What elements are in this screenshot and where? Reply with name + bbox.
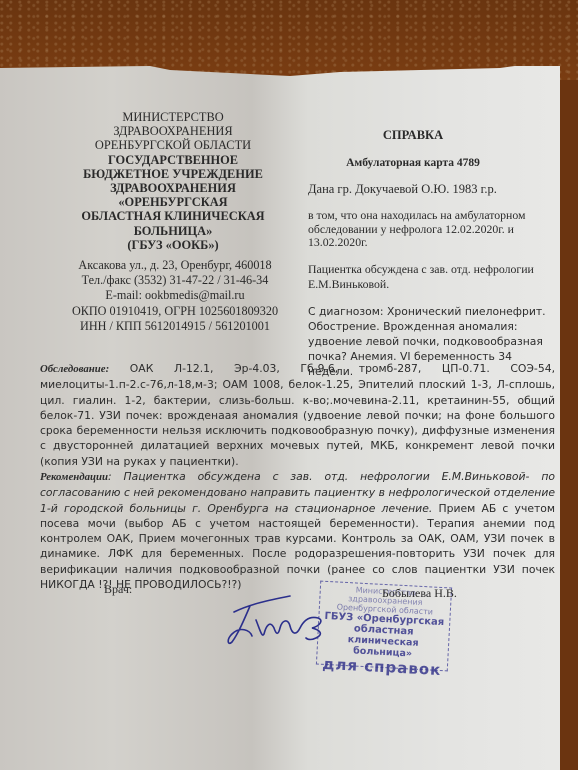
org-line: ЗДРАВООХРАНЕНИЯ <box>62 124 284 138</box>
org-line: ОРЕНБУРГСКОЙ ОБЛАСТИ <box>62 138 284 152</box>
org-line: (ГБУЗ «ООКБ») <box>62 238 284 252</box>
stay-statement: в том, что она находилась на амбулаторно… <box>308 209 548 250</box>
doctor-name: Бобылева Н.В. <box>382 586 457 601</box>
org-line: БЮДЖЕТНОЕ УЧРЕЖДЕНИЕ <box>62 167 284 181</box>
examination-text: ОАК Л-12.1, Эр-4.03, Гб-9.6, тромб-287, … <box>40 362 555 468</box>
email: E-mail: ookbmedis@mail.ru <box>60 288 290 303</box>
organization-contacts: Аксакова ул., д. 23, Оренбург, 460018 Те… <box>60 258 290 334</box>
outpatient-card-number: Амбулаторная карта 4789 <box>278 157 548 169</box>
address: Аксакова ул., д. 23, Оренбург, 460018 <box>60 258 290 273</box>
inn-kpp: ИНН / КПП 5612014915 / 561201001 <box>60 319 290 334</box>
organization-header: МИНИСТЕРСТВО ЗДРАВООХРАНЕНИЯ ОРЕНБУРГСКО… <box>62 110 284 252</box>
certificate-title: СПРАВКА <box>278 128 548 143</box>
phone-fax: Тел./факс (3532) 31-47-22 / 31-46-34 <box>60 273 290 288</box>
org-line: МИНИСТЕРСТВО <box>62 110 284 124</box>
recommendations-text: Прием АБ с учетом посева мочи (выбор АБ … <box>40 502 555 591</box>
org-line: ГОСУДАРСТВЕННОЕ <box>62 153 284 167</box>
certificate-block: СПРАВКА Амбулаторная карта 4789 Дана гр.… <box>308 128 548 379</box>
examination-section: Обследование: ОАК Л-12.1, Эр-4.03, Гб-9.… <box>40 361 555 469</box>
discussion-statement: Пациентка обсуждена с зав. отд. нефролог… <box>308 262 548 292</box>
recommendations-label: Рекомендации <box>40 471 108 483</box>
recommendations-section: Рекомендации: Пациентка обсуждена с зав.… <box>40 469 555 592</box>
patient-line: Дана гр. Докучаевой О.Ю. 1983 г.р. <box>308 182 548 197</box>
org-line: ЗДРАВООХРАНЕНИЯ <box>62 181 284 195</box>
org-line: БОЛЬНИЦА» <box>62 224 284 238</box>
okpo-ogrn: ОКПО 01910419, ОГРН 1025601809320 <box>60 304 290 319</box>
doctor-label: Врач: <box>104 582 132 597</box>
examination-label: Обследование: <box>40 363 109 375</box>
org-line: «ОРЕНБУРГСКАЯ <box>62 195 284 209</box>
org-line: ОБЛАСТНАЯ КЛИНИЧЕСКАЯ <box>62 209 284 223</box>
